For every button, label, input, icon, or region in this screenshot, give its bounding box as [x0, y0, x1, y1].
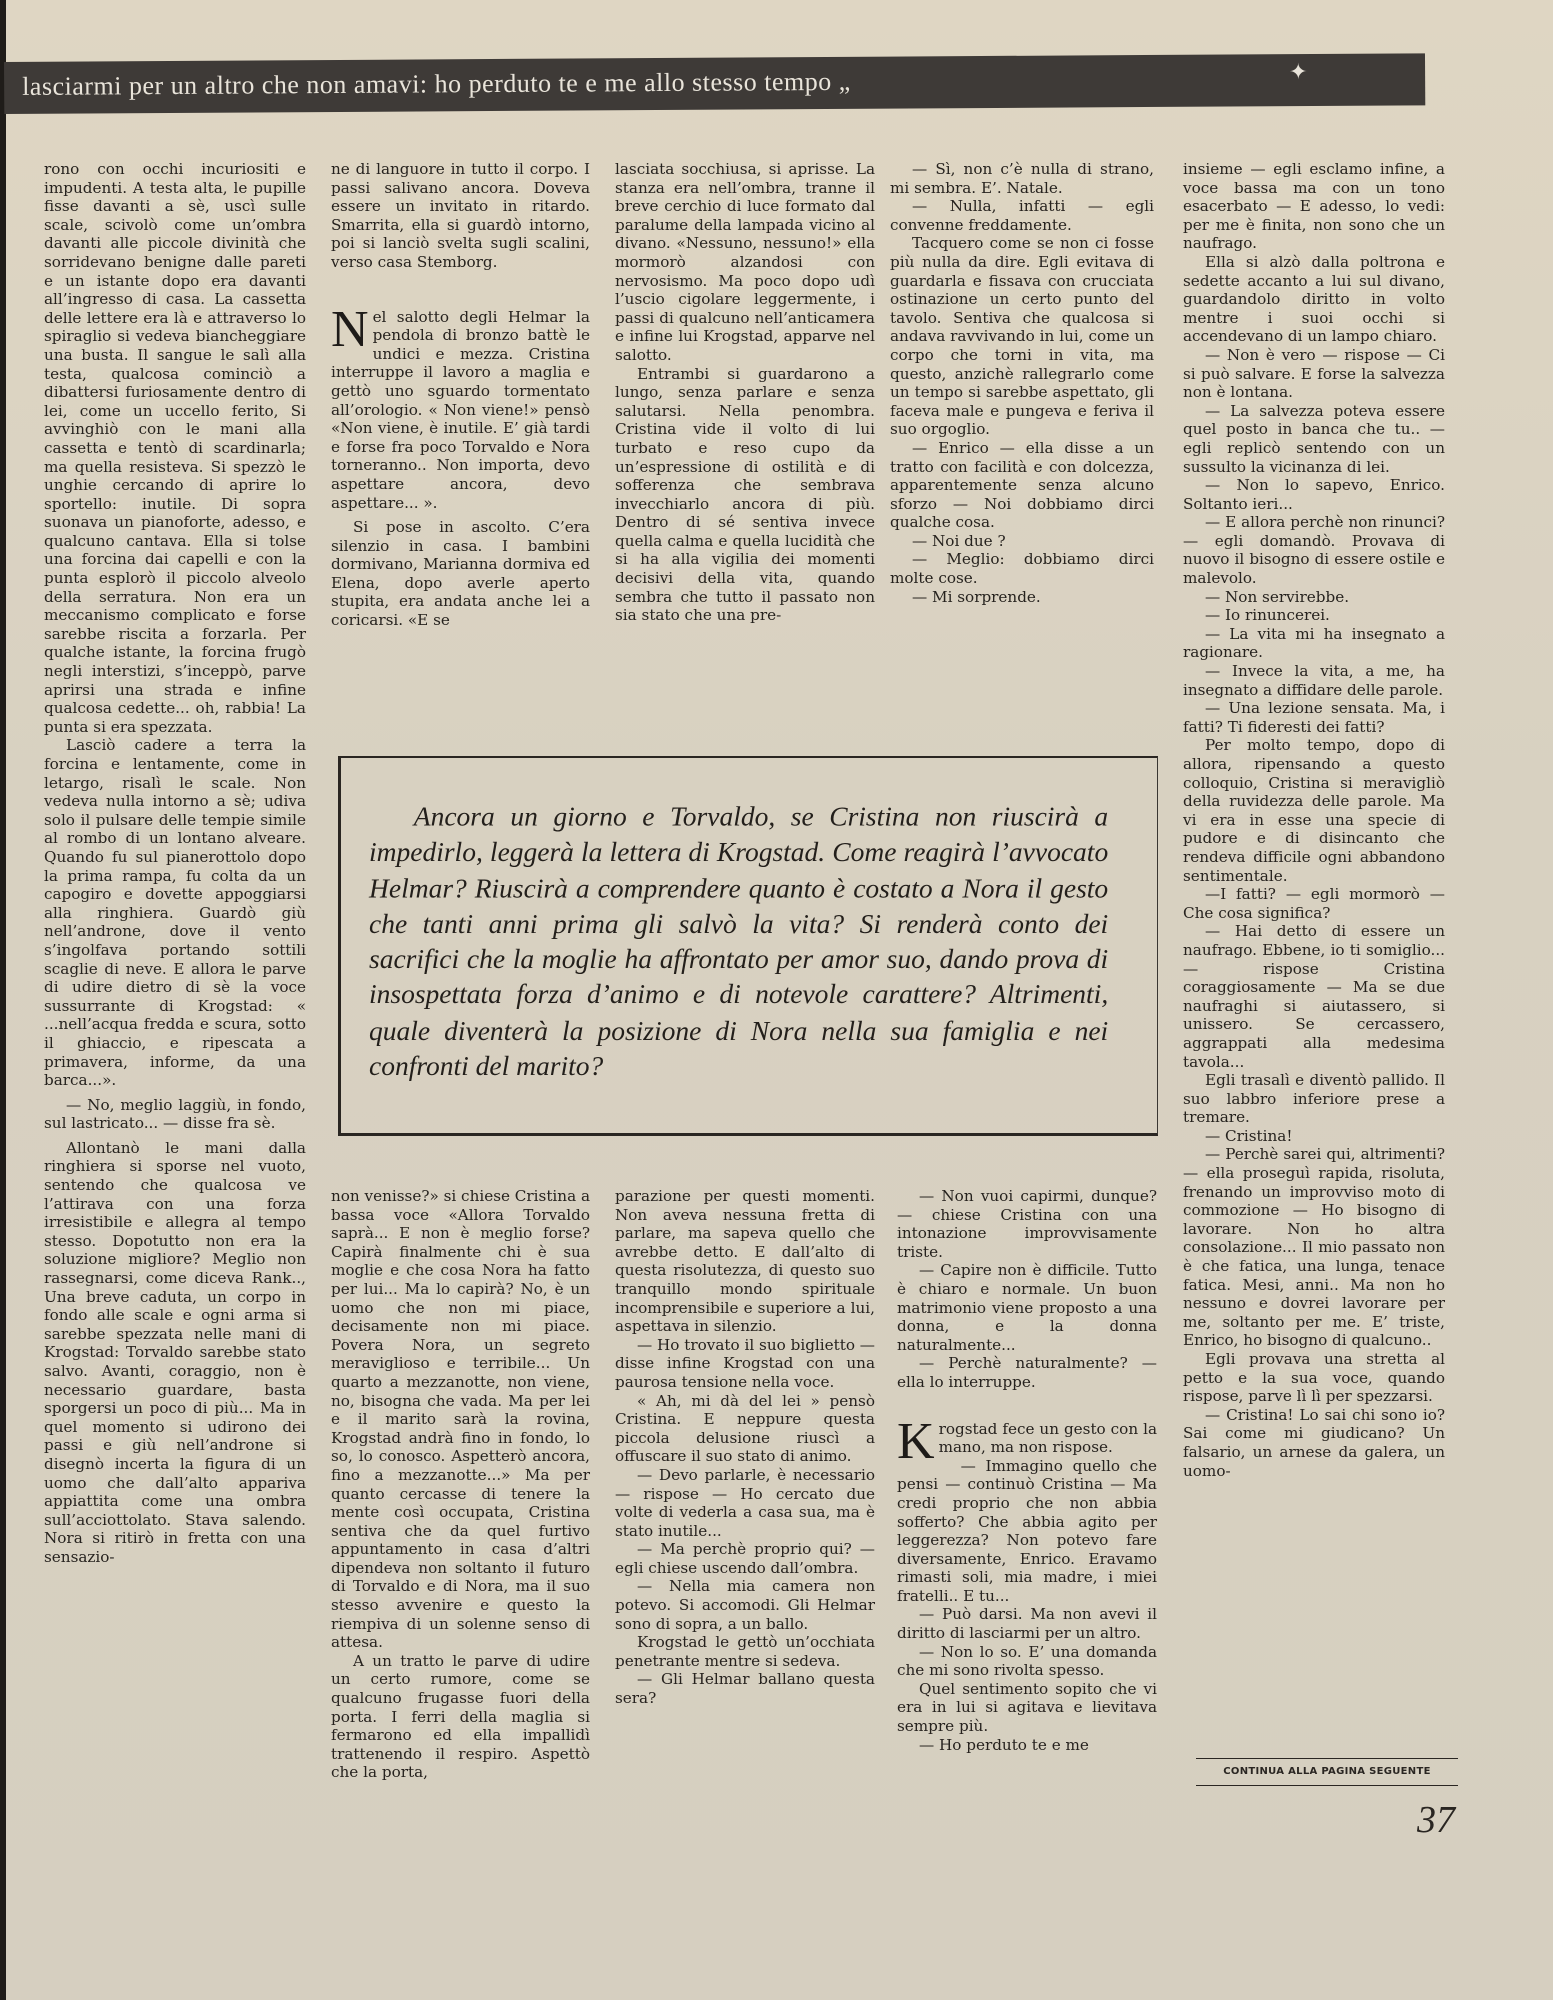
- paragraph: — Non è vero — rispose — Ci si può salva…: [1183, 346, 1445, 402]
- paragraph: lasciata socchiusa, si aprisse. La stanz…: [615, 160, 875, 365]
- paragraph: Lasciò cadere a terra la forcina e lenta…: [44, 736, 306, 1089]
- page-number: 37: [1417, 1798, 1455, 1842]
- paragraph: — Io rinuncerei.: [1183, 606, 1445, 625]
- paragraph: —I fatti? — egli mormorò — Che cosa sign…: [1183, 885, 1445, 922]
- paragraph-dropcap: Krogstad fece un gesto con la mano, ma n…: [897, 1420, 1157, 1457]
- paragraph: — Non vuoi capirmi, dunque? — chiese Cri…: [897, 1187, 1157, 1261]
- paragraph: Quel sentimento sopito che vi era in lui…: [897, 1680, 1157, 1736]
- paragraph: — Non lo sapevo, Enrico. Soltanto ieri..…: [1183, 476, 1445, 513]
- paragraph: — Ma perchè proprio qui? — egli chiese u…: [615, 1540, 875, 1577]
- paragraph: — Ho perduto te e me: [897, 1736, 1157, 1755]
- paragraph: non venisse?» si chiese Cristina a bassa…: [331, 1187, 590, 1652]
- paragraph: rono con occhi incuriositi e impudenti. …: [44, 160, 306, 736]
- paragraph: Ella si alzò dalla poltrona e sedette ac…: [1183, 253, 1445, 346]
- column-3-bottom: parazione per questi momenti. Non aveva …: [615, 1187, 875, 1708]
- paragraph: Tacquero come se non ci fosse più nulla …: [890, 234, 1154, 439]
- column-3-top: lasciata socchiusa, si aprisse. La stanz…: [615, 160, 875, 625]
- paragraph: — Mi sorprende.: [890, 588, 1154, 607]
- paragraph: — Una lezione sensata. Ma, i fatti? Ti f…: [1183, 699, 1445, 736]
- paragraph: Entrambi si guardarono a lungo, senza pa…: [615, 365, 875, 625]
- continued-next-page-label: CONTINUA ALLA PAGINA SEGUENTE: [1196, 1758, 1458, 1786]
- paragraph: Si pose in ascolto. C’era silenzio in ca…: [331, 518, 590, 630]
- column-4-top: — Sì, non c’è nulla di strano, mi sembra…: [890, 160, 1154, 606]
- column-2-bottom: non venisse?» si chiese Cristina a bassa…: [331, 1187, 590, 1782]
- star-icon: ✦: [1289, 60, 1308, 85]
- paragraph: — La salvezza poteva essere quel posto i…: [1183, 402, 1445, 476]
- paragraph: Egli provava una stretta al petto e la s…: [1183, 1350, 1445, 1406]
- summary-box: Ancora un giorno e Torvaldo, se Cristina…: [338, 756, 1158, 1136]
- drop-cap: K: [897, 1422, 935, 1462]
- paragraph-dropcap: Nel salotto degli Helmar la pendola di b…: [331, 308, 590, 513]
- paragraph: — Capire non è difficile. Tutto è chiaro…: [897, 1261, 1157, 1354]
- paragraph: — Noi due ?: [890, 532, 1154, 551]
- header-banner: lasciarmi per un altro che non amavi: ho…: [4, 53, 1425, 114]
- paragraph: — Devo parlarle, è necessario — rispose …: [615, 1466, 875, 1540]
- paragraph: — Hai detto di essere un naufrago. Ebben…: [1183, 922, 1445, 1071]
- paragraph: Per molto tempo, dopo di allora, ripensa…: [1183, 736, 1445, 885]
- paragraph: « Ah, mi dà del lei » pensò Cristina. E …: [615, 1392, 875, 1466]
- paragraph: Krogstad le gettò un’occhiata penetrante…: [615, 1633, 875, 1670]
- paragraph: — Cristina! Lo sai chi sono io? Sai come…: [1183, 1406, 1445, 1480]
- paragraph: — Perchè naturalmente? — ella lo interru…: [897, 1354, 1157, 1391]
- paragraph: — Non servirebbe.: [1183, 588, 1445, 607]
- paragraph: — Non lo so. E’ una domanda che mi sono …: [897, 1643, 1157, 1680]
- paragraph: — Immagino quello che pensi — continuò C…: [897, 1457, 1157, 1606]
- paragraph: A un tratto le parve di udire un certo r…: [331, 1652, 590, 1782]
- column-1: rono con occhi incuriositi e impudenti. …: [44, 160, 306, 1567]
- column-5: insieme — egli esclamo infine, a voce ba…: [1183, 160, 1445, 1480]
- paragraph: Egli trasalì e diventò pallido. Il suo l…: [1183, 1071, 1445, 1127]
- paragraph: — Invece la vita, a me, ha insegnato a d…: [1183, 662, 1445, 699]
- paragraph: Allontanò le mani dalla ringhiera si spo…: [44, 1139, 306, 1567]
- paragraph: — No, meglio laggiù, in fondo, sul lastr…: [44, 1096, 306, 1133]
- paragraph: — Sì, non c’è nulla di strano, mi sembra…: [890, 160, 1154, 197]
- paragraph: — E allora perchè non rinunci? — egli do…: [1183, 513, 1445, 587]
- paragraph: insieme — egli esclamo infine, a voce ba…: [1183, 160, 1445, 253]
- paragraph-text: rogstad fece un gesto con la mano, ma no…: [939, 1420, 1157, 1457]
- magazine-page: lasciarmi per un altro che non amavi: ho…: [0, 0, 1553, 2000]
- paragraph: ne di languore in tutto il corpo. I pass…: [331, 160, 590, 272]
- drop-cap: N: [331, 310, 369, 350]
- banner-text: lasciarmi per un altro che non amavi: ho…: [22, 67, 851, 102]
- paragraph: — Nulla, infatti — egli convenne freddam…: [890, 197, 1154, 234]
- paragraph: — Cristina!: [1183, 1127, 1445, 1146]
- paragraph: — Ho trovato il suo biglietto — disse in…: [615, 1336, 875, 1392]
- column-4-bottom: — Non vuoi capirmi, dunque? — chiese Cri…: [897, 1187, 1157, 1754]
- paragraph: — Enrico — ella disse a un tratto con fa…: [890, 439, 1154, 532]
- paragraph: parazione per questi momenti. Non aveva …: [615, 1187, 875, 1336]
- paragraph: — Nella mia camera non potevo. Si accomo…: [615, 1577, 875, 1633]
- paragraph: — La vita mi ha insegnato a ragionare.: [1183, 625, 1445, 662]
- summary-text: Ancora un giorno e Torvaldo, se Cristina…: [369, 800, 1108, 1085]
- page-binding-edge: [0, 0, 6, 2000]
- column-2-top: ne di languore in tutto il corpo. I pass…: [331, 160, 590, 630]
- paragraph-text: el salotto degli Helmar la pendola di br…: [331, 308, 590, 512]
- paragraph: — Meglio: dobbiamo dirci molte cose.: [890, 550, 1154, 587]
- paragraph: — Perchè sarei qui, altrimenti? — ella p…: [1183, 1145, 1445, 1350]
- paragraph: — Gli Helmar ballano questa sera?: [615, 1670, 875, 1707]
- paragraph: — Può darsi. Ma non avevi il diritto di …: [897, 1605, 1157, 1642]
